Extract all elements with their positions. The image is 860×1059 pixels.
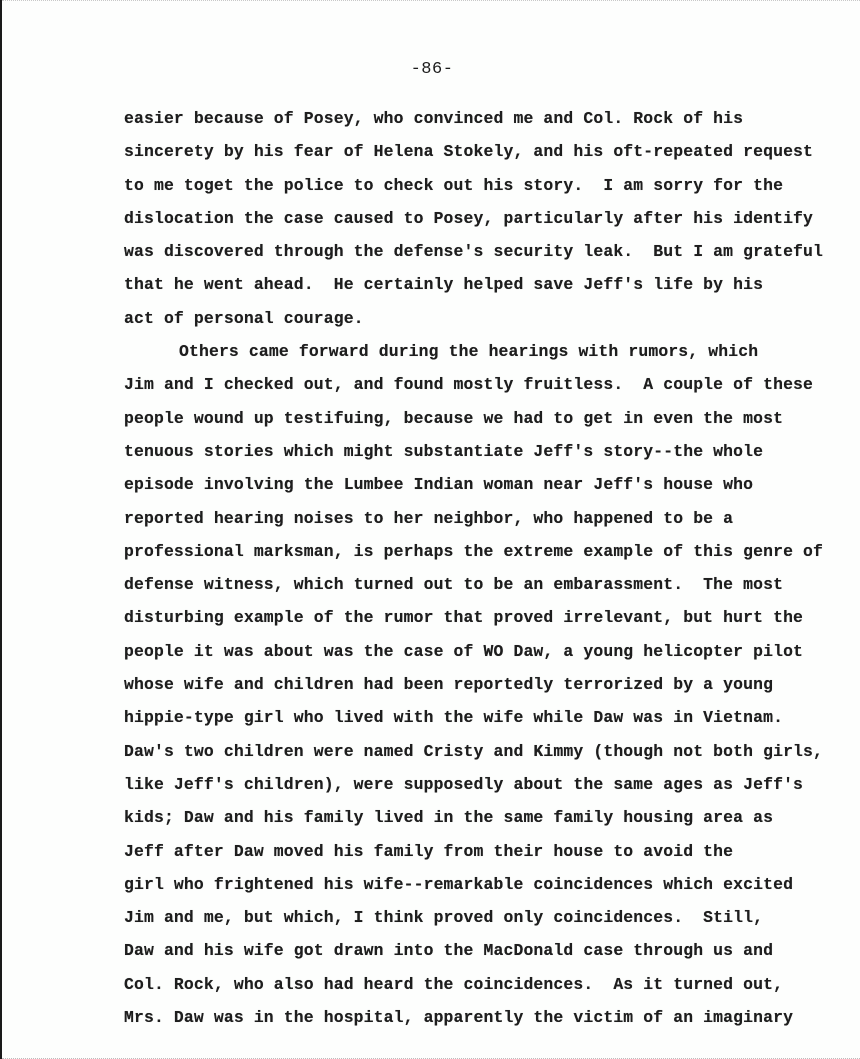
text-line: tenuous stories which might substantiate… <box>124 435 854 468</box>
text-line: act of personal courage. <box>124 302 854 335</box>
text-line: sincerety by his fear of Helena Stokely,… <box>124 135 854 168</box>
text-line: Jim and I checked out, and found mostly … <box>124 368 854 401</box>
text-line: Jim and me, but which, I think proved on… <box>124 901 854 934</box>
text-line: Daw's two children were named Cristy and… <box>124 735 854 768</box>
text-line: dislocation the case caused to Posey, pa… <box>124 202 854 235</box>
text-line: girl who frightened his wife--remarkable… <box>124 868 854 901</box>
text-line: kids; Daw and his family lived in the sa… <box>124 801 854 834</box>
text-line: to me toget the police to check out his … <box>124 169 854 202</box>
text-line: people wound up testifuing, because we h… <box>124 402 854 435</box>
text-line: Jeff after Daw moved his family from the… <box>124 835 854 868</box>
text-line: episode involving the Lumbee Indian woma… <box>124 468 854 501</box>
text-line: like Jeff's children), were supposedly a… <box>124 768 854 801</box>
text-line: easier because of Posey, who convinced m… <box>124 102 854 135</box>
text-line: hippie-type girl who lived with the wife… <box>124 701 854 734</box>
text-line: defense witness, which turned out to be … <box>124 568 854 601</box>
text-line: people it was about was the case of WO D… <box>124 635 854 668</box>
text-line: Others came forward during the hearings … <box>124 335 854 368</box>
text-line: that he went ahead. He certainly helped … <box>124 268 854 301</box>
body-text: easier because of Posey, who convinced m… <box>124 102 854 1034</box>
text-line: Col. Rock, who also had heard the coinci… <box>124 968 854 1001</box>
text-line: reported hearing noises to her neighbor,… <box>124 502 854 535</box>
text-line: Daw and his wife got drawn into the MacD… <box>124 934 854 967</box>
text-line: Mrs. Daw was in the hospital, apparently… <box>124 1001 854 1034</box>
text-line: whose wife and children had been reporte… <box>124 668 854 701</box>
document-page: -86- easier because of Posey, who convin… <box>0 0 860 1059</box>
page-top-edge <box>2 0 860 3</box>
text-line: professional marksman, is perhaps the ex… <box>124 535 854 568</box>
text-line: disturbing example of the rumor that pro… <box>124 601 854 634</box>
page-number: -86- <box>2 60 860 79</box>
text-line: was discovered through the defense's sec… <box>124 235 854 268</box>
